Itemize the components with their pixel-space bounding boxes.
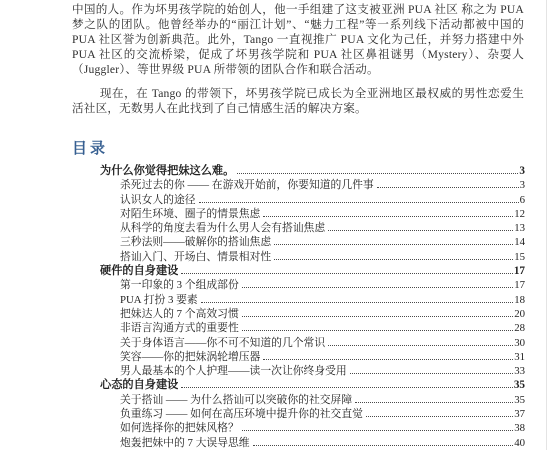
toc-entry-title: 从科学的角度去看为什么男人会有搭讪焦虑	[120, 221, 325, 235]
toc-entry-title: 第一印象的 3 个组成部份	[120, 278, 239, 292]
toc-dot-leader	[242, 330, 513, 331]
toc-dot-leader	[377, 187, 519, 188]
toc-page-number: 35	[514, 378, 525, 392]
toc-page-number: 31	[514, 350, 525, 364]
toc-entry[interactable]: 搭讪入门、开场白、情景相对性15	[100, 250, 525, 264]
toc-entry[interactable]: 把妹达人的 7 个高效习惯20	[100, 307, 525, 321]
toc-dot-leader	[242, 287, 513, 288]
toc-entry-title: 搭讪入门、开场白、情景相对性	[120, 250, 271, 264]
toc-entry-title: 关于身体语言——你不可不知道的几个常识	[120, 336, 325, 350]
toc-page-number: 15	[514, 250, 525, 264]
toc-page-number: 20	[514, 307, 525, 321]
toc-page-number: 40	[514, 436, 525, 450]
toc-entry-title: 把妹达人的 7 个高效习惯	[120, 307, 239, 321]
toc-entry[interactable]: 炮轰把妹中的 7 大误导思维40	[100, 436, 525, 450]
toc-entry[interactable]: 男人最基本的个人护理——读一次让你终身受用33	[100, 364, 525, 378]
toc-entry-title: 负重练习 —— 如何在高压环境中提升你的社交直觉	[120, 407, 363, 421]
toc-entry-title: 男人最基本的个人护理——读一次让你终身受用	[120, 364, 347, 378]
toc-dot-leader	[350, 373, 513, 374]
toc-entry-title: 笑容——你的把妹涡轮增压器	[120, 350, 260, 364]
toc-entry-title: 关于搭讪 —— 为什么搭讪可以突破你的社交屏障	[120, 393, 352, 407]
toc-list: 为什么你觉得把妹这么难。3杀死过去的你 —— 在游戏开始前，你要知道的几件事3认…	[0, 164, 550, 450]
body-paragraph-2: 现在，在 Tango 的带领下，坏男孩学院已成长为全亚洲地区最权威的男性恋爱生活…	[72, 86, 524, 116]
toc-entry-title: 三秒法则——破解你的搭讪焦虑	[120, 235, 271, 249]
toc-page-number: 33	[514, 364, 525, 378]
toc-page-number: 14	[514, 235, 525, 249]
toc-page-number: 17	[514, 278, 525, 292]
toc-dot-leader	[355, 402, 513, 403]
body-text-block: 中国的人。作为坏男孩学院的始创人，他一手组建了这支被亚洲 PUA 社区 称之为 …	[0, 0, 550, 116]
toc-entry[interactable]: 三秒法则——破解你的搭讪焦虑14	[100, 235, 525, 249]
toc-page-number: 35	[514, 393, 525, 407]
toc-entry-title: 如何选择你的把妹风格？	[120, 421, 239, 435]
toc-page-number: 13	[514, 221, 525, 235]
toc-dot-leader	[366, 416, 513, 417]
toc-entry[interactable]: 硬件的自身建设17	[100, 264, 525, 278]
toc-dot-leader	[263, 359, 513, 360]
toc-entry[interactable]: 对陌生环境、圈子的情景焦虑12	[100, 207, 525, 221]
toc-entry[interactable]: PUA 打扮 3 要素18	[100, 293, 525, 307]
toc-page-number: 18	[514, 293, 525, 307]
toc-entry[interactable]: 负重练习 —— 如何在高压环境中提升你的社交直觉37	[100, 407, 525, 421]
toc-entry[interactable]: 笑容——你的把妹涡轮增压器31	[100, 350, 525, 364]
toc-entry-title: 杀死过去的你 —— 在游戏开始前，你要知道的几件事	[120, 178, 374, 192]
toc-page-number: 6	[520, 193, 525, 207]
toc-page-number: 38	[514, 421, 525, 435]
toc-dot-leader	[274, 244, 513, 245]
body-paragraph-1: 中国的人。作为坏男孩学院的始创人，他一手组建了这支被亚洲 PUA 社区 称之为 …	[72, 2, 524, 77]
toc-dot-leader	[253, 445, 514, 446]
toc-entry[interactable]: 杀死过去的你 —— 在游戏开始前，你要知道的几件事3	[100, 178, 525, 192]
toc-entry-title: 炮轰把妹中的 7 大误导思维	[120, 436, 250, 450]
toc-page-number: 17	[514, 264, 525, 278]
toc-page-number: 28	[514, 321, 525, 335]
toc-dot-leader	[328, 345, 513, 346]
document-page: 中国的人。作为坏男孩学院的始创人，他一手组建了这支被亚洲 PUA 社区 称之为 …	[0, 0, 550, 450]
toc-entry[interactable]: 如何选择你的把妹风格？38	[100, 421, 525, 435]
toc-page-number: 37	[514, 407, 525, 421]
toc-entry[interactable]: 关于身体语言——你不可不知道的几个常识30	[100, 336, 525, 350]
toc-dot-leader	[237, 173, 518, 174]
toc-entry[interactable]: 非语言沟通方式的重要性28	[100, 321, 525, 335]
toc-entry-title: 心态的自身建设	[100, 378, 178, 392]
toc-entry-title: PUA 打扮 3 要素	[120, 293, 198, 307]
toc-dot-leader	[181, 387, 512, 388]
toc-entry[interactable]: 关于搭讪 —— 为什么搭讪可以突破你的社交屏障35	[100, 393, 525, 407]
toc-entry-title: 非语言沟通方式的重要性	[120, 321, 239, 335]
toc-dot-leader	[199, 202, 519, 203]
toc-entry-title: 硬件的自身建设	[100, 264, 178, 278]
toc-entry[interactable]: 为什么你觉得把妹这么难。3	[100, 164, 525, 178]
toc-dot-leader	[274, 259, 513, 260]
toc-page-number: 12	[514, 207, 525, 221]
toc-dot-leader	[263, 216, 513, 217]
toc-entry-title: 为什么你觉得把妹这么难。	[100, 164, 234, 178]
toc-entry[interactable]: 认识女人的途径6	[100, 193, 525, 207]
toc-entry-title: 认识女人的途径	[120, 193, 196, 207]
toc-heading: 目录	[72, 141, 550, 157]
toc-page-number: 3	[519, 164, 525, 178]
toc-dot-leader	[201, 302, 514, 303]
toc-page-number: 3	[520, 178, 525, 192]
toc-dot-leader	[242, 430, 513, 431]
toc-entry[interactable]: 心态的自身建设35	[100, 378, 525, 392]
toc-entry[interactable]: 从科学的角度去看为什么男人会有搭讪焦虑13	[100, 221, 525, 235]
toc-dot-leader	[242, 316, 513, 317]
page-right-edge	[546, 0, 547, 450]
toc-dot-leader	[328, 230, 513, 231]
toc-page-number: 30	[514, 336, 525, 350]
toc-entry-title: 对陌生环境、圈子的情景焦虑	[120, 207, 260, 221]
toc-dot-leader	[181, 273, 512, 274]
toc-entry[interactable]: 第一印象的 3 个组成部份17	[100, 278, 525, 292]
